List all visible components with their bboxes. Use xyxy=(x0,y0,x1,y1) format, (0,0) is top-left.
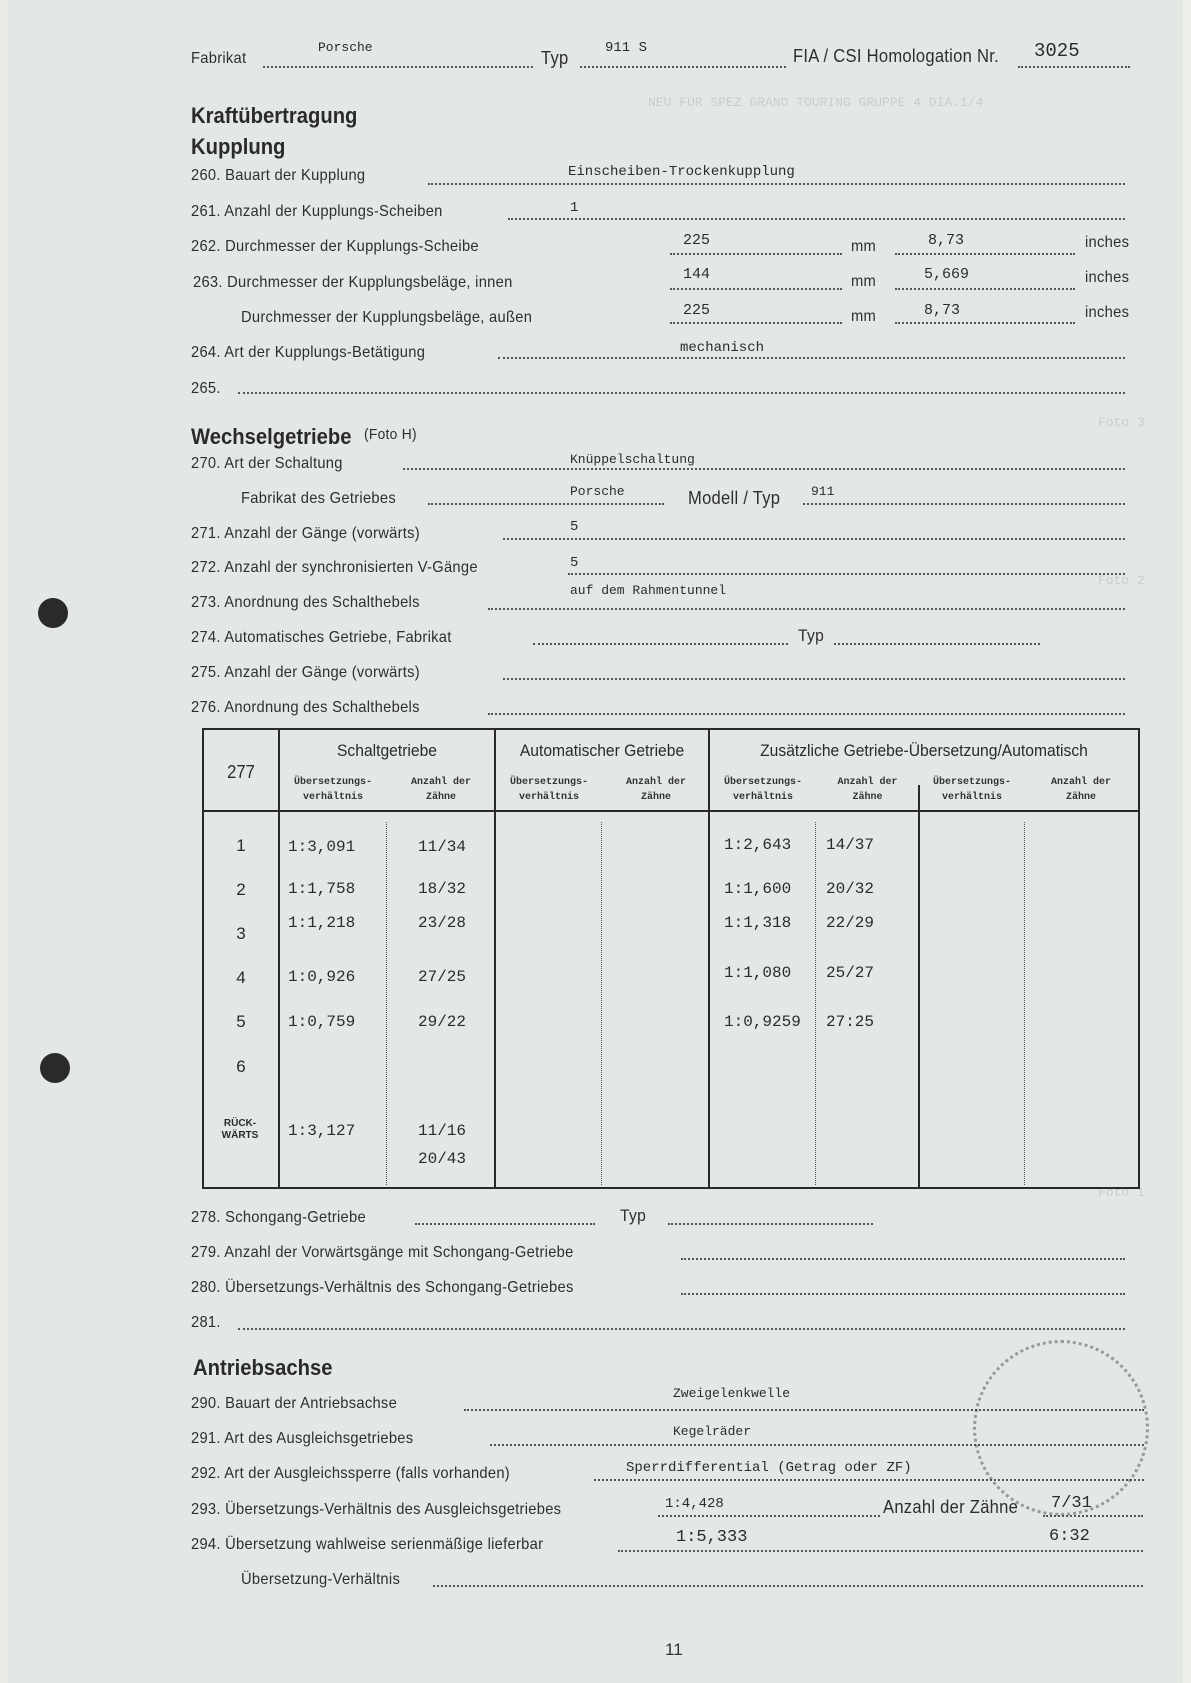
field-label: 291. Art des Ausgleichsgetriebes xyxy=(191,1430,413,1448)
table-number: 277 xyxy=(215,762,267,783)
section-heading-antriebsachse: Antriebsachse xyxy=(193,1355,332,1381)
typ-label: Typ xyxy=(620,1206,646,1226)
zusatz-ratio: 1:2,643 xyxy=(724,836,791,854)
gear-number: 6 xyxy=(221,1057,261,1077)
typ-value[interactable]: 911 S xyxy=(605,40,647,56)
field-value[interactable]: Porsche xyxy=(570,484,625,499)
field-label: 276. Anordnung des Schalthebels xyxy=(191,699,420,717)
field-label: 263. Durchmesser der Kupplungsbeläge, in… xyxy=(193,274,513,292)
section-heading-kraftuebertragung: Kraftübertragung xyxy=(191,103,357,129)
unit-mm: mm xyxy=(851,238,876,256)
field-value[interactable]: Sperrdifferential (Getrag oder ZF) xyxy=(626,1460,912,1476)
gear-number: 1 xyxy=(221,836,261,856)
field-label: 275. Anzahl der Gänge (vorwärts) xyxy=(191,664,420,682)
field-label: 294. Übersetzung wahlweise serienmäßige … xyxy=(191,1536,543,1554)
field-value[interactable]: Knüppelschaltung xyxy=(570,452,695,467)
typ-label: Typ xyxy=(541,48,569,69)
field-value[interactable]: 1 xyxy=(570,200,578,216)
gear-number: 3 xyxy=(221,924,261,944)
inches-value[interactable]: 8,73 xyxy=(928,232,964,249)
subheader-ratio: Übersetzungs-verhältnis xyxy=(496,775,602,805)
reverse-label: RÜCK- WÄRTS xyxy=(220,1118,260,1142)
schalt-ratio: 1:1,218 xyxy=(288,914,355,932)
field-label: 290. Bauart der Antriebsachse xyxy=(191,1395,397,1413)
field-label: 279. Anzahl der Vorwärtsgänge mit Schong… xyxy=(191,1244,574,1262)
schalt-ratio: 1:0,759 xyxy=(288,1013,355,1031)
subheader-ratio: Übersetzungs-verhältnis xyxy=(920,775,1024,805)
unit-inches: inches xyxy=(1085,234,1129,252)
field-label: 264. Art der Kupplungs-Betätigung xyxy=(191,344,425,362)
field-label: Fabrikat des Getriebes xyxy=(241,490,396,508)
field-value[interactable]: Einscheiben-Trockenkupplung xyxy=(568,164,795,180)
schalt-ratio: 1:3,091 xyxy=(288,838,355,856)
zusatz-teeth: 27:25 xyxy=(826,1013,874,1031)
document-page: NEU FÜR SPEZ GRAND TOURING GRUPPE 4 DIA.… xyxy=(8,0,1183,1683)
schalt-teeth-2: 20/43 xyxy=(418,1150,466,1168)
field-value[interactable]: Kegelräder xyxy=(673,1424,751,1439)
zusatz-teeth: 20/32 xyxy=(826,880,874,898)
zusatz-teeth: 14/37 xyxy=(826,836,874,854)
field-label: 261. Anzahl der Kupplungs-Scheiben xyxy=(191,203,443,221)
field-label: 281. xyxy=(191,1314,221,1332)
zusatz-teeth: 22/29 xyxy=(826,914,874,932)
schalt-ratio: 1:0,926 xyxy=(288,968,355,986)
gear-number: 2 xyxy=(221,880,261,900)
punch-hole xyxy=(40,1053,70,1083)
field-label: 292. Art der Ausgleichssperre (falls vor… xyxy=(191,1465,510,1483)
field-label: 293. Übersetzungs-Verhältnis des Ausglei… xyxy=(191,1501,561,1519)
page-number: 11 xyxy=(665,1640,683,1660)
subheader-teeth: Anzahl derZähne xyxy=(603,775,709,805)
field-label: 280. Übersetzungs-Verhältnis des Schonga… xyxy=(191,1279,574,1297)
section-heading-kupplung: Kupplung xyxy=(191,134,285,160)
group-header-automatisch: Automatischer Getriebe xyxy=(504,741,699,761)
group-header-schaltgetriebe: Schaltgetriebe xyxy=(289,741,486,761)
gear-number: 4 xyxy=(221,968,261,988)
field-label: Übersetzung-Verhältnis xyxy=(241,1571,400,1589)
fabrikat-label: Fabrikat xyxy=(191,50,246,68)
schalt-ratio: 1:1,758 xyxy=(288,880,355,898)
homologation-number[interactable]: 3025 xyxy=(1034,40,1080,62)
field-label: 273. Anordnung des Schalthebels xyxy=(191,594,420,612)
subheader-ratio: Übersetzungs-verhältnis xyxy=(710,775,816,805)
schalt-teeth: 27/25 xyxy=(418,968,466,986)
field-label: 270. Art der Schaltung xyxy=(191,455,343,473)
punch-hole xyxy=(38,598,68,628)
schalt-teeth: 11/34 xyxy=(418,838,466,856)
teeth-label: Anzahl der Zähne xyxy=(883,1497,1018,1518)
field-value[interactable]: 5 xyxy=(570,519,578,535)
subheader-ratio: Übersetzungs-verhältnis xyxy=(280,775,386,805)
zusatz-teeth: 25/27 xyxy=(826,964,874,982)
schalt-teeth: 23/28 xyxy=(418,914,466,932)
inches-value[interactable]: 8,73 xyxy=(924,302,960,319)
gear-number: 5 xyxy=(221,1012,261,1032)
schalt-teeth: 11/16 xyxy=(418,1122,466,1140)
inches-value[interactable]: 5,669 xyxy=(924,266,969,283)
schalt-teeth: 29/22 xyxy=(418,1013,466,1031)
field-value[interactable]: 1:5,333 xyxy=(676,1528,747,1547)
schalt-teeth: 18/32 xyxy=(418,880,466,898)
field-value[interactable]: Zweigelenkwelle xyxy=(673,1386,790,1401)
zusatz-ratio: 1:1,318 xyxy=(724,914,791,932)
subheader-teeth: Anzahl derZähne xyxy=(1026,775,1136,805)
field-value[interactable]: mechanisch xyxy=(680,340,764,356)
modell-label: Modell / Typ xyxy=(688,488,780,509)
unit-inches: inches xyxy=(1085,269,1129,287)
fabrikat-value[interactable]: Porsche xyxy=(318,40,373,55)
unit-mm: mm xyxy=(851,308,876,326)
field-value[interactable]: auf dem Rahmentunnel xyxy=(570,583,726,598)
schalt-ratio: 1:3,127 xyxy=(288,1122,355,1140)
unit-inches: inches xyxy=(1085,304,1129,322)
zusatz-ratio: 1:0,9259 xyxy=(724,1013,801,1031)
modell-value[interactable]: 911 xyxy=(811,484,834,499)
subheader-teeth: Anzahl derZähne xyxy=(817,775,918,805)
homologation-label: FIA / CSI Homologation Nr. xyxy=(793,46,999,67)
foto-note: (Foto H) xyxy=(364,426,417,443)
field-value[interactable]: 1:4,428 xyxy=(665,1496,724,1512)
mm-value[interactable]: 144 xyxy=(683,266,710,283)
section-heading-wechselgetriebe: Wechselgetriebe xyxy=(191,424,351,450)
field-value[interactable]: 5 xyxy=(570,555,578,571)
zusatz-ratio: 1:1,080 xyxy=(724,964,791,982)
field-label: Durchmesser der Kupplungsbeläge, außen xyxy=(241,309,532,327)
zusatz-ratio: 1:1,600 xyxy=(724,880,791,898)
mm-value[interactable]: 225 xyxy=(683,232,710,249)
field-label: 274. Automatisches Getriebe, Fabrikat xyxy=(191,629,452,647)
unit-mm: mm xyxy=(851,273,876,291)
group-header-zusaetzlich: Zusätzliche Getriebe-Übersetzung/Automat… xyxy=(727,741,1121,761)
subheader-teeth: Anzahl derZähne xyxy=(388,775,494,805)
field-label: 262. Durchmesser der Kupplungs-Scheibe xyxy=(191,238,479,256)
field-label: 265. xyxy=(191,380,221,398)
typ-label: Typ xyxy=(798,626,824,646)
teeth-value[interactable]: 6:32 xyxy=(1049,1527,1090,1546)
field-label: 271. Anzahl der Gänge (vorwärts) xyxy=(191,525,420,543)
mm-value[interactable]: 225 xyxy=(683,302,710,319)
field-label: 278. Schongang-Getriebe xyxy=(191,1209,366,1227)
field-label: 272. Anzahl der synchronisierten V-Gänge xyxy=(191,559,478,577)
official-stamp xyxy=(973,1340,1149,1516)
field-label: 260. Bauart der Kupplung xyxy=(191,167,365,185)
